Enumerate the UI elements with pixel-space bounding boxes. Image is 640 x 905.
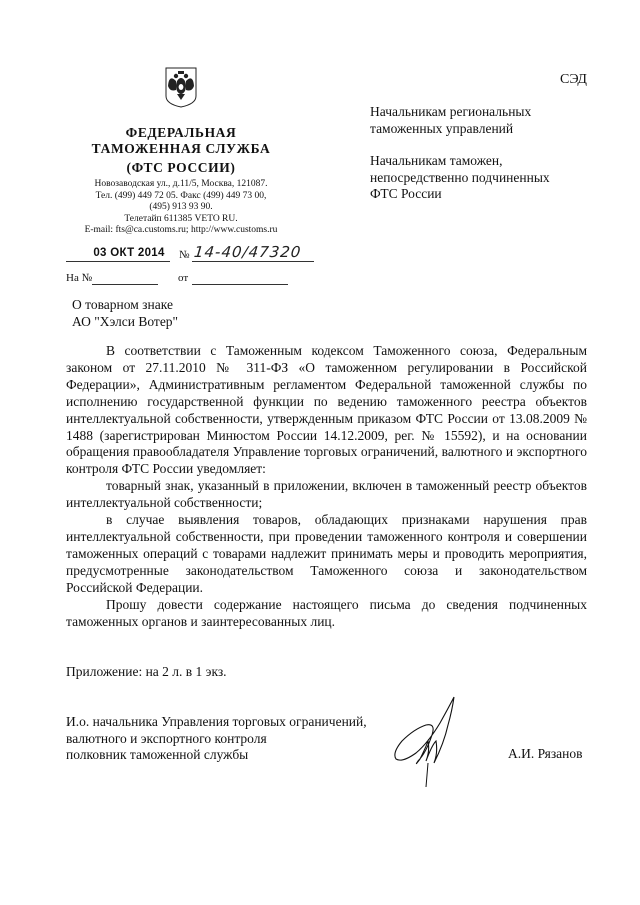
body-paragraph: в случае выявления товаров, обладающих п… (66, 512, 587, 597)
signer-title-line: полковник таможенной службы (66, 747, 367, 764)
number-label: № (179, 249, 190, 261)
double-headed-eagle-emblem-icon (164, 66, 198, 108)
sed-stamp-label: СЭД (560, 72, 587, 88)
org-name-line-3: (ФТС РОССИИ) (70, 159, 292, 176)
body-paragraph: В соответствии с Таможенным кодексом Там… (66, 343, 587, 478)
letter-subject: О товарном знаке АО "Хэлси Вотер" (72, 296, 178, 330)
signer-title-line: валютного и экспортного контроля (66, 731, 367, 748)
reference-date-label: от (178, 272, 188, 284)
reference-line: На № от (66, 272, 306, 288)
addressee-line: Начальникам региональных (370, 104, 531, 121)
org-name-line-1: ФЕДЕРАЛЬНАЯ (70, 124, 292, 141)
body-paragraph: Прошу довести содержание настоящего пись… (66, 597, 587, 631)
number-underline (192, 261, 314, 262)
contact-teletype: Телетайп 611385 VETO RU. (66, 214, 296, 226)
handwritten-signature-icon (392, 695, 458, 790)
signer-title-line: И.о. начальника Управления торговых огра… (66, 714, 367, 731)
contact-phone-2: (495) 913 93 90. (66, 202, 296, 214)
attachment-note: Приложение: на 2 л. в 1 экз. (66, 664, 227, 680)
reference-date-blank (192, 284, 288, 285)
letter-body: В соответствии с Таможенным кодексом Там… (66, 343, 587, 630)
signer-title: И.о. начальника Управления торговых огра… (66, 714, 367, 764)
date-underline (66, 261, 170, 262)
registration-line: 03 ОКТ 2014 № 14-40/47320 (66, 244, 316, 264)
org-name-line-2: ТАМОЖЕННАЯ СЛУЖБА (70, 140, 292, 157)
registration-number: 14-40/47320 (193, 243, 302, 261)
reference-number-blank (92, 284, 158, 285)
signer-name: А.И. Рязанов (508, 746, 583, 762)
subject-line: АО "Хэлси Вотер" (72, 313, 178, 330)
contact-details: Новозаводская ул., д.11/5, Москва, 12108… (66, 179, 296, 237)
subject-line: О товарном знаке (72, 296, 178, 313)
contact-address: Новозаводская ул., д.11/5, Москва, 12108… (66, 179, 296, 191)
body-paragraph: товарный знак, указанный в приложении, в… (66, 478, 587, 512)
registration-date: 03 ОКТ 2014 (84, 247, 174, 259)
addressee-line: Начальникам таможен, (370, 153, 550, 170)
addressee-regional: Начальникам региональных таможенных упра… (370, 104, 531, 137)
contact-phone-fax: Тел. (499) 449 72 05. Факс (499) 449 73 … (66, 191, 296, 203)
addressee-line: непосредственно подчиненных (370, 170, 550, 187)
addressee-customs: Начальникам таможен, непосредственно под… (370, 153, 550, 203)
reference-number-label: На № (66, 272, 92, 284)
contact-email-web: E-mail: fts@ca.customs.ru; http://www.cu… (66, 225, 296, 237)
addressee-line: ФТС России (370, 186, 550, 203)
addressee-line: таможенных управлений (370, 121, 531, 138)
